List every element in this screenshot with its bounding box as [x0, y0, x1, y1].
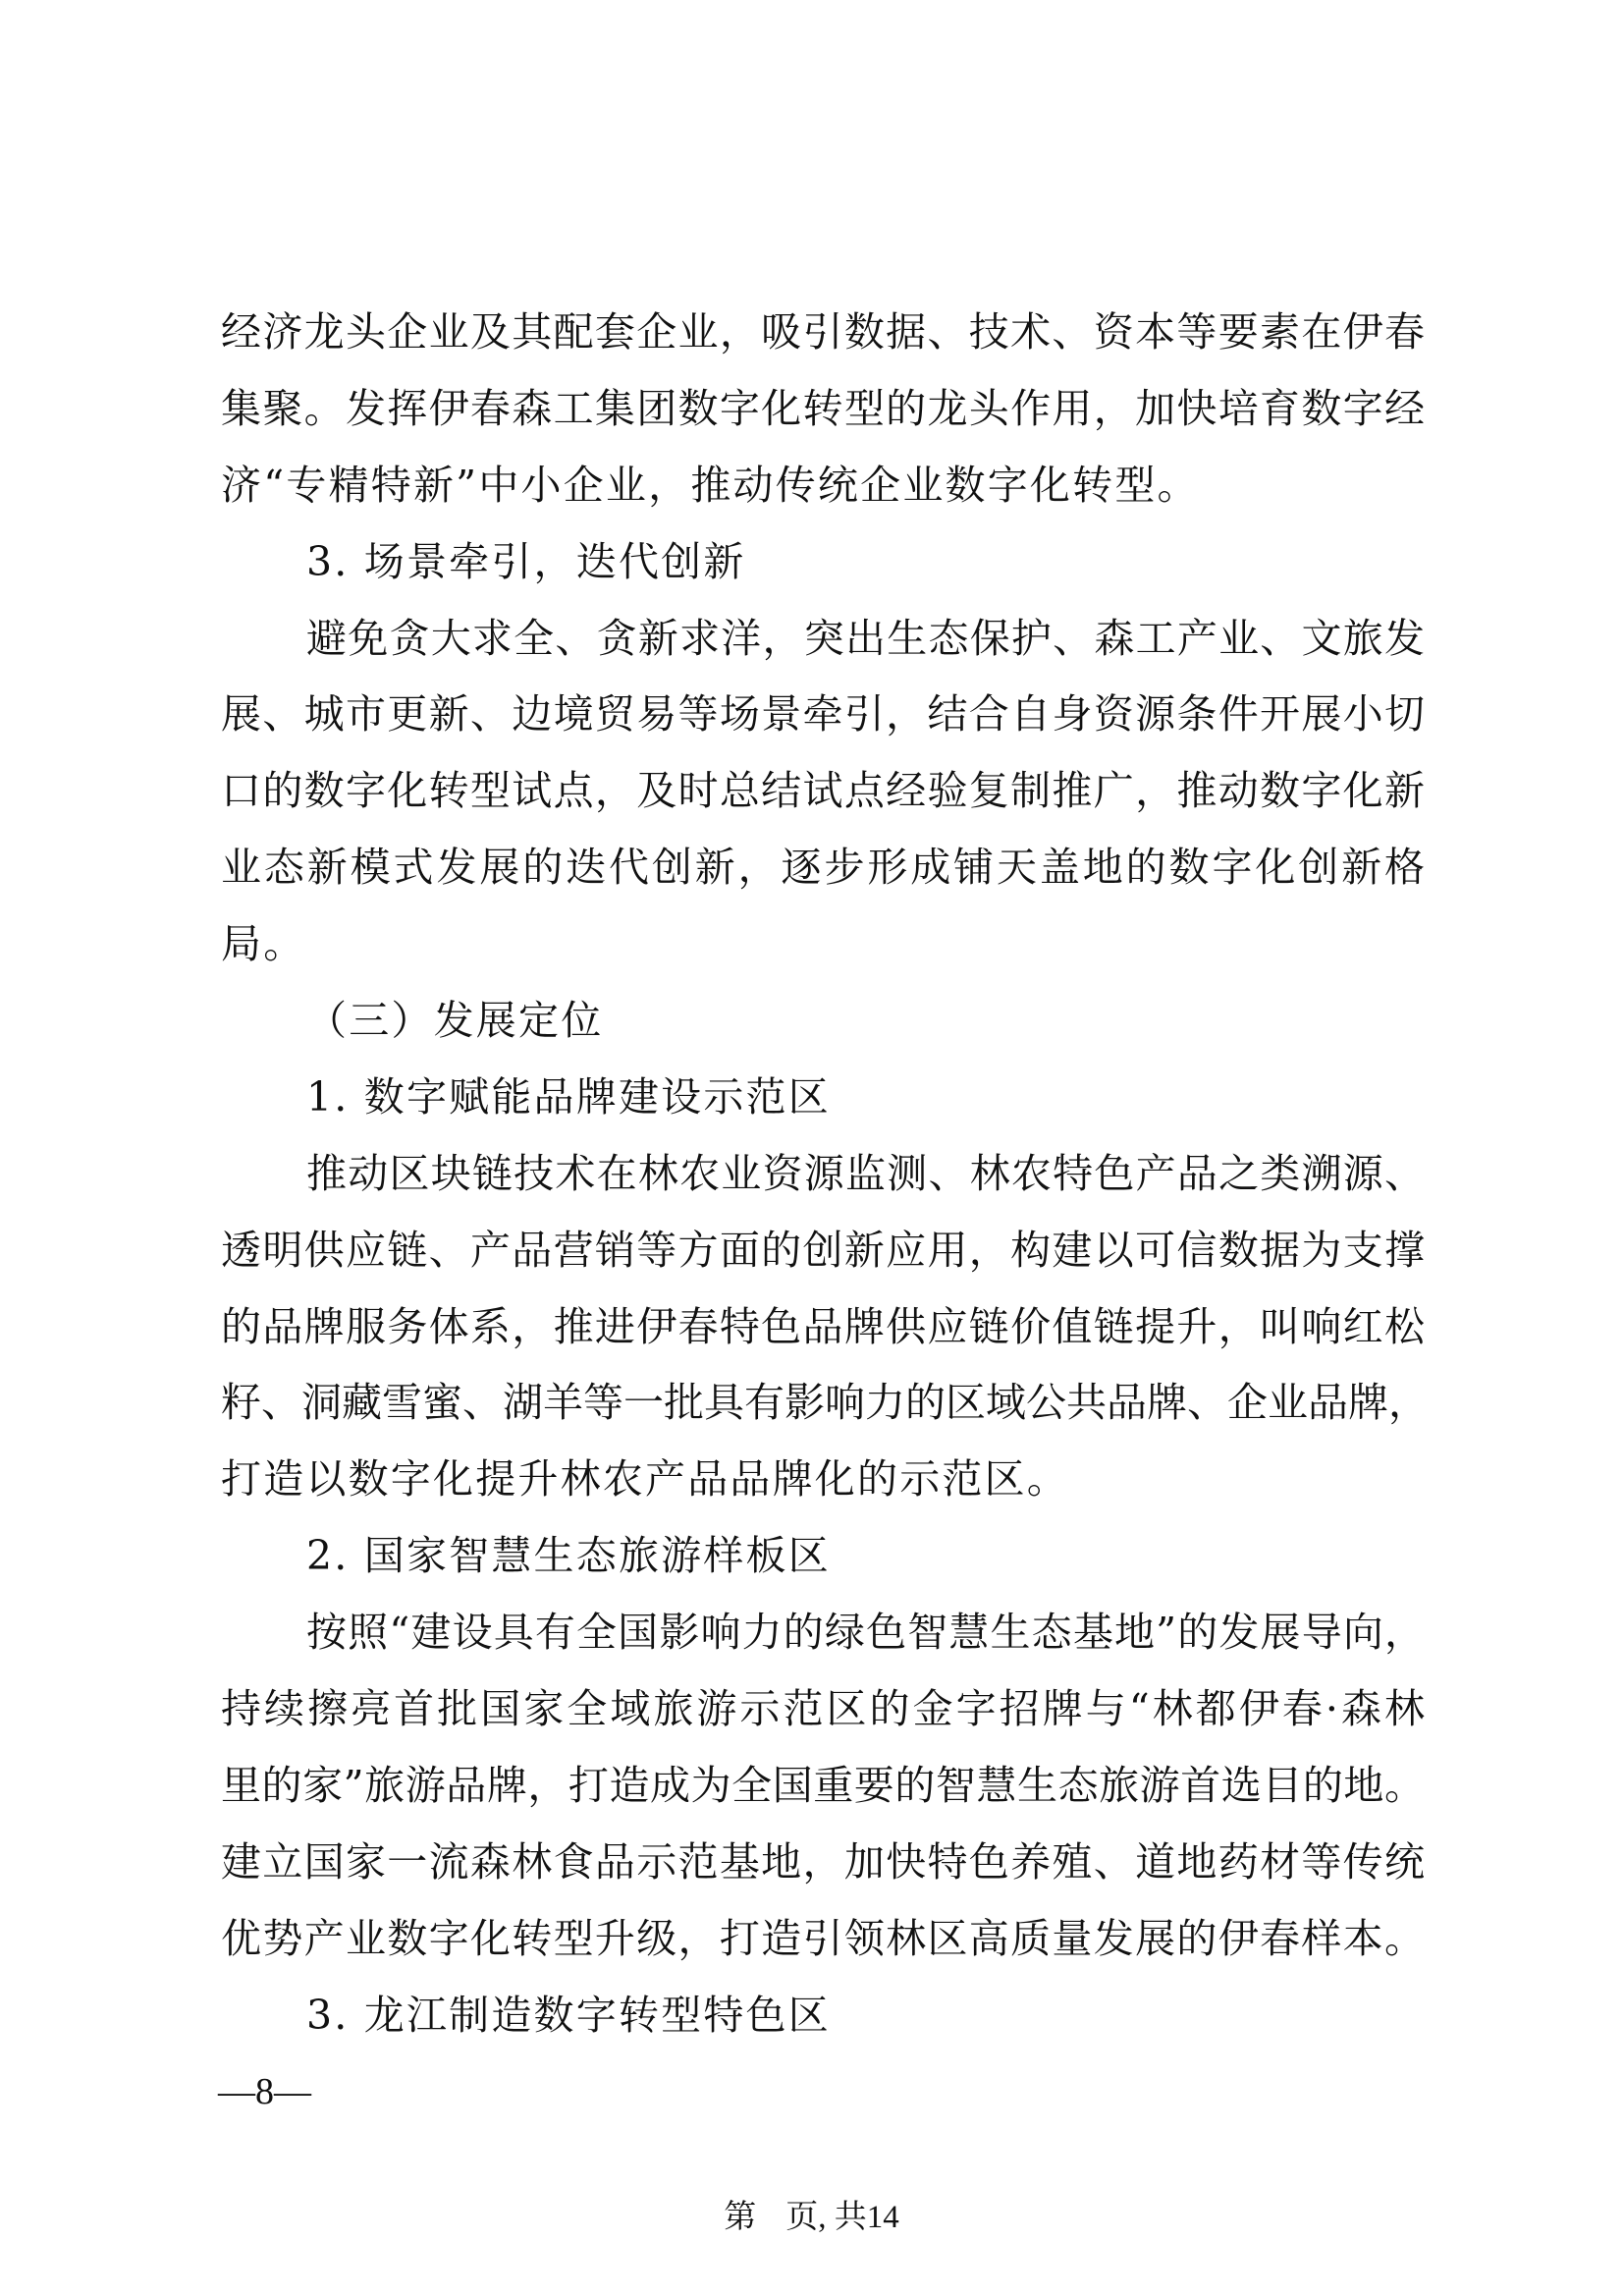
text-line: 推动区块链技术在林农业资源监测、林农特色产品之类溯源、 — [221, 1136, 1425, 1213]
footer-prefix: 第 — [724, 2200, 756, 2235]
text-line: 集聚。发挥伊春森工集团数字化转型的龙头作用，加快培育数字经 — [221, 371, 1425, 448]
text-line: 经济龙头企业及其配套企业，吸引数据、技术、资本等要素在伊春 — [221, 295, 1425, 371]
text-line: 展、城市更新、边境贸易等场景牵引，结合自身资源条件开展小切 — [221, 677, 1425, 753]
text-line: 按照“建设具有全国影响力的绿色智慧生态基地”的发展导向， — [221, 1595, 1425, 1671]
text-line: 打造以数字化提升林农产品品牌化的示范区。 — [221, 1442, 1425, 1518]
text-line: 优势产业数字化转型升级，打造引领林区高质量发展的伊春样本。 — [221, 1901, 1425, 1978]
text-line: 济“专精特新”中小企业，推动传统企业数字化转型。 — [221, 448, 1425, 524]
section-heading: 3. 场景牵引，迭代创新 — [221, 524, 1425, 601]
section-heading: （三）发展定位 — [221, 983, 1425, 1060]
text-line: 籽、洞藏雪蜜、湖羊等一批具有影响力的区域公共品牌、企业品牌， — [221, 1365, 1425, 1442]
text-line: 业态新模式发展的迭代创新，逐步形成铺天盖地的数字化创新格 — [221, 830, 1425, 906]
section-heading: 2. 国家智慧生态旅游样板区 — [221, 1518, 1425, 1595]
page-number: —8— — [218, 2072, 311, 2111]
text-line: 局。 — [221, 906, 1425, 983]
text-line: 的品牌服务体系，推进伊春特色品牌供应链价值链提升，叫响红松 — [221, 1289, 1425, 1366]
text-line: 透明供应链、产品营销等方面的创新应用，构建以可信数据为支撑 — [221, 1213, 1425, 1289]
document-page: 经济龙头企业及其配套企业，吸引数据、技术、资本等要素在伊春 集聚。发挥伊春森工集… — [0, 0, 1623, 2296]
section-heading: 3. 龙江制造数字转型特色区 — [221, 1978, 1425, 2054]
section-heading: 1. 数字赋能品牌建设示范区 — [221, 1060, 1425, 1136]
text-line: 口的数字化转型试点，及时总结试点经验复制推广，推动数字化新 — [221, 753, 1425, 830]
page-footer: 第页, 共14 — [0, 2196, 1623, 2239]
footer-total: 页, 共14 — [785, 2200, 899, 2235]
text-line: 建立国家一流森林食品示范基地，加快特色养殖、道地药材等传统 — [221, 1825, 1425, 1901]
text-line: 里的家”旅游品牌，打造成为全国重要的智慧生态旅游首选目的地。 — [221, 1748, 1425, 1825]
text-line: 避免贪大求全、贪新求洋，突出生态保护、森工产业、文旅发 — [221, 601, 1425, 678]
text-line: 持续擦亮首批国家全域旅游示范区的金字招牌与“林都伊春·森林 — [221, 1671, 1425, 1748]
body-text: 经济龙头企业及其配套企业，吸引数据、技术、资本等要素在伊春 集聚。发挥伊春森工集… — [221, 295, 1425, 2053]
